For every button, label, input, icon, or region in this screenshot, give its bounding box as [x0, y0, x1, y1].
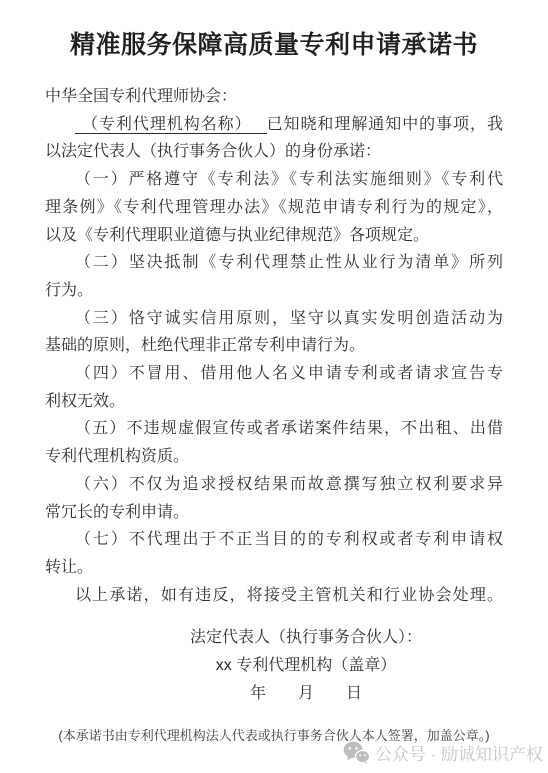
- clause-line: 常冗长的专利申请。: [45, 499, 503, 527]
- clause-line: （五）不违规虚假宣传或者承诺案件结果，不出租、出借: [45, 415, 503, 443]
- watermark-text: 公众号 · 励诚知识产权: [375, 740, 543, 765]
- clause-line: （六）不仅为追求授权结果而故意撰写独立权利要求异: [45, 471, 503, 499]
- signature-date-line: 年 月 日: [64, 680, 548, 708]
- salutation-line: 中华全国专利代理师协会：: [45, 83, 503, 111]
- signature-agency-line: xx 专利代理机构（盖章）: [64, 652, 548, 680]
- intro-line-1-text: 已知晓和理解通知中的事项，我: [267, 116, 503, 133]
- clause-line: 基础的原则，杜绝代理非正常专利申请行为。: [45, 332, 503, 360]
- clause-line: （四）不冒用、借用他人名义申请专利或者请求宣告专: [45, 360, 503, 388]
- signature-block: 法定代表人（执行事务合伙人）： xx 专利代理机构（盖章） 年 月 日: [0, 624, 548, 707]
- intro-line-1: （专利代理机构名称）已知晓和理解通知中的事项，我: [45, 111, 503, 139]
- org-name-blank-label: （专利代理机构名称）: [82, 116, 252, 133]
- clause-line: 以及《专利代理职业道德与执业纪律规范》各项规定。: [45, 222, 503, 250]
- document-page: 精准服务保障高质量专利申请承诺书 中华全国专利代理师协会： （专利代理机构名称）…: [0, 0, 548, 773]
- clause-line: 行为。: [45, 277, 503, 305]
- clause-line: 以上承诺，如有违反，将接受主管机关和行业协会处理。: [45, 582, 503, 610]
- clause-line: 专利代理机构资质。: [45, 443, 503, 471]
- document-title: 精准服务保障高质量专利申请承诺书: [0, 28, 548, 62]
- intro-line-2: 以法定代表人（执行事务合伙人）的身份承诺：: [45, 138, 503, 166]
- clause-line: （二）坚决抵制《专利代理禁止性从业行为清单》所列: [45, 249, 503, 277]
- clause-line: 理条例》《专利代理管理办法》《规范申请专利行为的规定》，: [45, 194, 503, 222]
- clause-line: （一）严格遵守《专利法》《专利法实施细则》《专利代: [45, 166, 503, 194]
- document-body: 中华全国专利代理师协会： （专利代理机构名称）已知晓和理解通知中的事项，我 以法…: [45, 83, 503, 609]
- watermark: 公众号 · 励诚知识产权: [343, 740, 543, 765]
- clause-line: （三）恪守诚实信用原则，坚守以真实发明创造活动为: [45, 305, 503, 333]
- wechat-icon: [343, 741, 370, 764]
- clause-line: 转让。: [45, 554, 503, 582]
- org-name-blank: （专利代理机构名称）: [75, 116, 267, 134]
- clause-line: 利权无效。: [45, 388, 503, 416]
- clause-line: （七）不代理出于不正当目的的专利权或者专利申请权: [45, 526, 503, 554]
- signature-representative-line: 法定代表人（执行事务合伙人）：: [64, 624, 548, 652]
